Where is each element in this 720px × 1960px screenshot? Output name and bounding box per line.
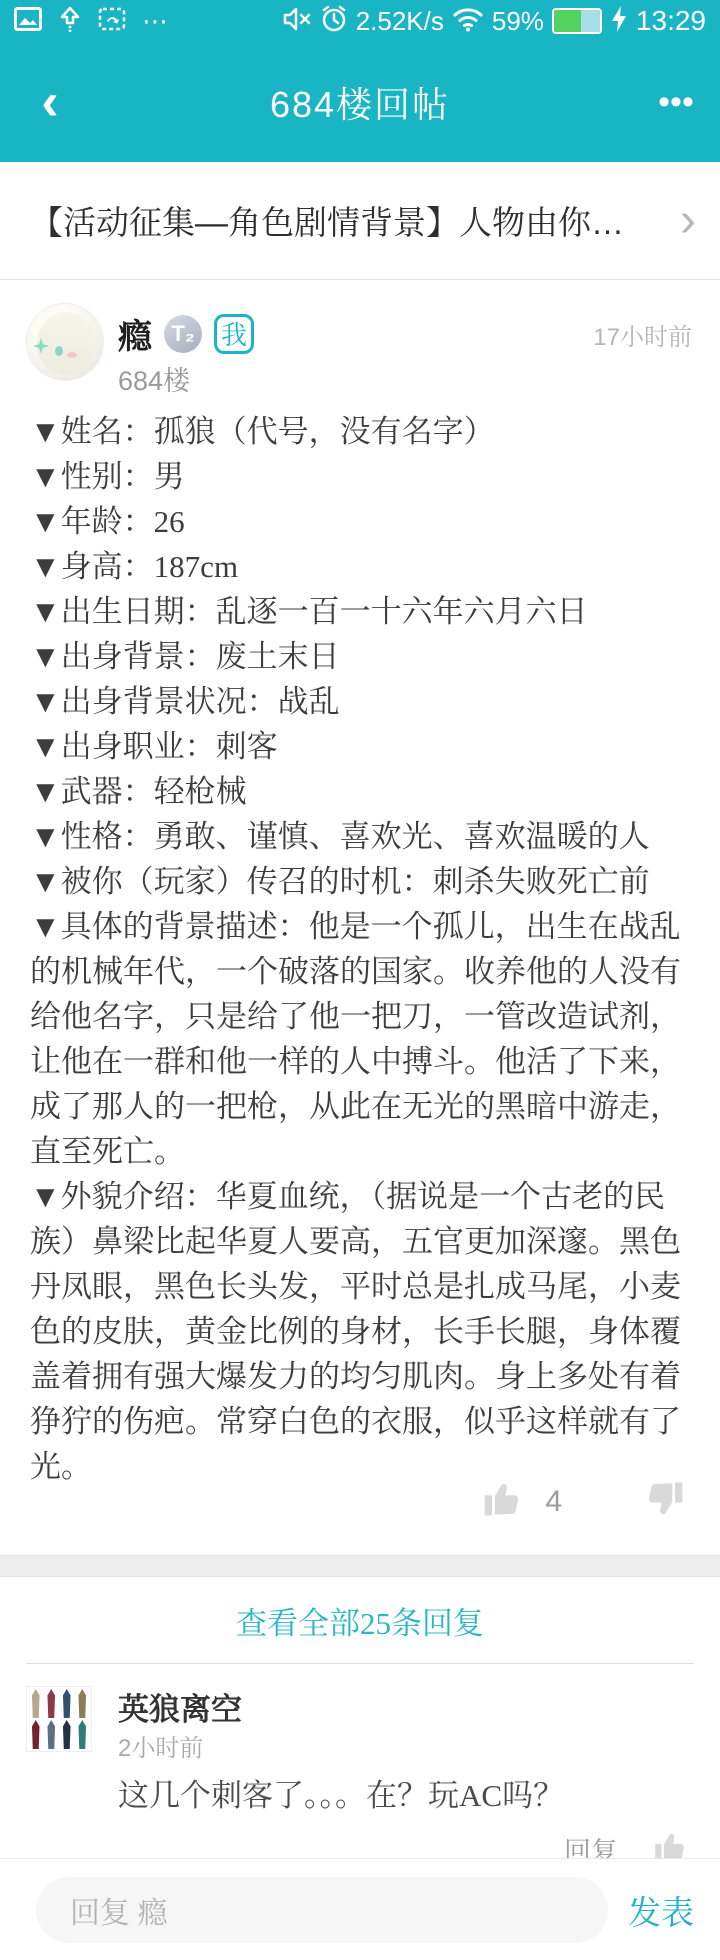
section-separator xyxy=(0,1555,720,1577)
floor-number: 684楼 xyxy=(118,359,190,398)
thread-title-bar[interactable]: 【活动征集—角色剧情背景】人物由你… › xyxy=(0,162,720,280)
post-body-line: ▼姓名：孤狼（代号，没有名字） xyxy=(30,409,690,454)
network-speed: 2.52K/s xyxy=(356,6,444,37)
post-avatar[interactable] xyxy=(26,303,104,381)
reply-composer-bar: 回复 瘾 发表 xyxy=(0,1858,720,1960)
post-body-line: ▼出身背景状况：战乱 xyxy=(30,679,690,724)
post-body-line: ▼外貌介绍：华夏血统，（据说是一个古老的民族）鼻梁比起华夏人要高，五官更加深邃。… xyxy=(30,1174,690,1489)
battery-percent: 59% xyxy=(492,6,544,37)
post-body-line: ▼被你（玩家）传召的时机：刺杀失败死亡前 xyxy=(30,859,690,904)
status-left-icons: ⋯ xyxy=(14,6,170,37)
hooded-figure-tile xyxy=(29,1689,43,1718)
hooded-figure-tile xyxy=(45,1720,59,1749)
submit-label: 发表 xyxy=(628,1887,694,1934)
post-body-text: ▼姓名：孤狼（代号，没有名字）▼性别：男▼年龄：26▼身高：187cm▼出生日期… xyxy=(30,409,690,1489)
post-like-row: 4 xyxy=(481,1477,686,1526)
charging-bolt-icon xyxy=(610,5,628,38)
reply-text: 这几个刺客了。。。在？玩AC吗？ xyxy=(118,1770,564,1815)
more-notifications-icon: ⋯ xyxy=(142,16,170,26)
view-all-replies-label: 查看全部25条回复 xyxy=(236,1598,484,1643)
post-body-line: ▼出生日期：乱逐一百一十六年六月六日 xyxy=(30,589,690,634)
post-body-line: ▼武器：轻枪械 xyxy=(30,769,690,814)
reply-input-placeholder: 回复 瘾 xyxy=(70,1888,168,1932)
hooded-figure-tile xyxy=(76,1689,90,1718)
alarm-clock-icon xyxy=(320,5,348,38)
thread-title: 【活动征集—角色剧情背景】人物由你… xyxy=(30,197,670,244)
submit-button[interactable]: 发表 xyxy=(628,1859,694,1960)
level-badge: T₂ xyxy=(164,315,202,353)
reply-avatar[interactable] xyxy=(26,1686,92,1752)
hooded-figure-tile xyxy=(60,1720,74,1749)
like-count: 4 xyxy=(545,1485,562,1519)
post-author-name: 瘾 xyxy=(118,309,152,358)
reply-author-name: 英狼离空 xyxy=(118,1684,242,1729)
back-button[interactable]: ‹ xyxy=(20,70,80,134)
page-title: 684楼回帖 xyxy=(0,77,720,128)
post-body-line: ▼性格：勇敢、谨慎、喜欢光、喜欢温暖的人 xyxy=(30,814,690,859)
post-body-line: ▼身高：187cm xyxy=(30,544,690,589)
thumbs-up-icon[interactable] xyxy=(481,1477,525,1526)
post-card: 瘾 T₂ 我 17小时前 684楼 ▼姓名：孤狼（代号，没有名字）▼性别：男▼年… xyxy=(0,281,720,1555)
hooded-figure-tile xyxy=(29,1720,43,1749)
wifi-icon xyxy=(452,6,484,37)
image-notification-icon xyxy=(14,7,42,36)
mute-icon xyxy=(282,6,312,37)
thumbs-down-icon[interactable] xyxy=(642,1477,686,1526)
battery-icon xyxy=(552,8,602,34)
screenshot-icon xyxy=(98,7,126,36)
hooded-figure-tile xyxy=(60,1689,74,1718)
upload-arrow-icon xyxy=(58,6,82,37)
chevron-right-icon: › xyxy=(680,197,696,245)
post-body-line: ▼出身职业：刺客 xyxy=(30,724,690,769)
post-body-line: ▼具体的背景描述：他是一个孤儿，出生在战乱的机械年代，一个破落的国家。收养他的人… xyxy=(30,904,690,1174)
post-timestamp: 17小时前 xyxy=(593,317,692,352)
me-badge: 我 xyxy=(214,314,254,354)
reply-item: 英狼离空 2小时前 这几个刺客了。。。在？玩AC吗？ 回复 xyxy=(0,1664,720,1858)
hooded-figure-tile xyxy=(76,1720,90,1749)
hooded-figure-tile xyxy=(45,1689,59,1718)
view-all-replies-button[interactable]: 查看全部25条回复 xyxy=(0,1577,720,1664)
post-body-line: ▼性别：男 xyxy=(30,454,690,499)
app-screen: ⋯ 2.52K/s 59% 13:29 xyxy=(0,0,720,1960)
post-body-line: ▼年龄：26 xyxy=(30,499,690,544)
status-bar: ⋯ 2.52K/s 59% 13:29 xyxy=(0,0,720,42)
overflow-menu-button[interactable]: ••• xyxy=(648,66,704,138)
reply-timestamp: 2小时前 xyxy=(118,1728,203,1763)
status-right-cluster: 2.52K/s 59% 13:29 xyxy=(282,5,706,38)
reply-input[interactable]: 回复 瘾 xyxy=(36,1877,608,1943)
clock-time: 13:29 xyxy=(636,5,706,37)
post-body-line: ▼出身背景：废土末日 xyxy=(30,634,690,679)
header: ⋯ 2.52K/s 59% 13:29 xyxy=(0,0,720,162)
nav-bar: ‹ 684楼回帖 ••• xyxy=(0,42,720,162)
post-author-row: 瘾 T₂ 我 xyxy=(118,309,254,358)
